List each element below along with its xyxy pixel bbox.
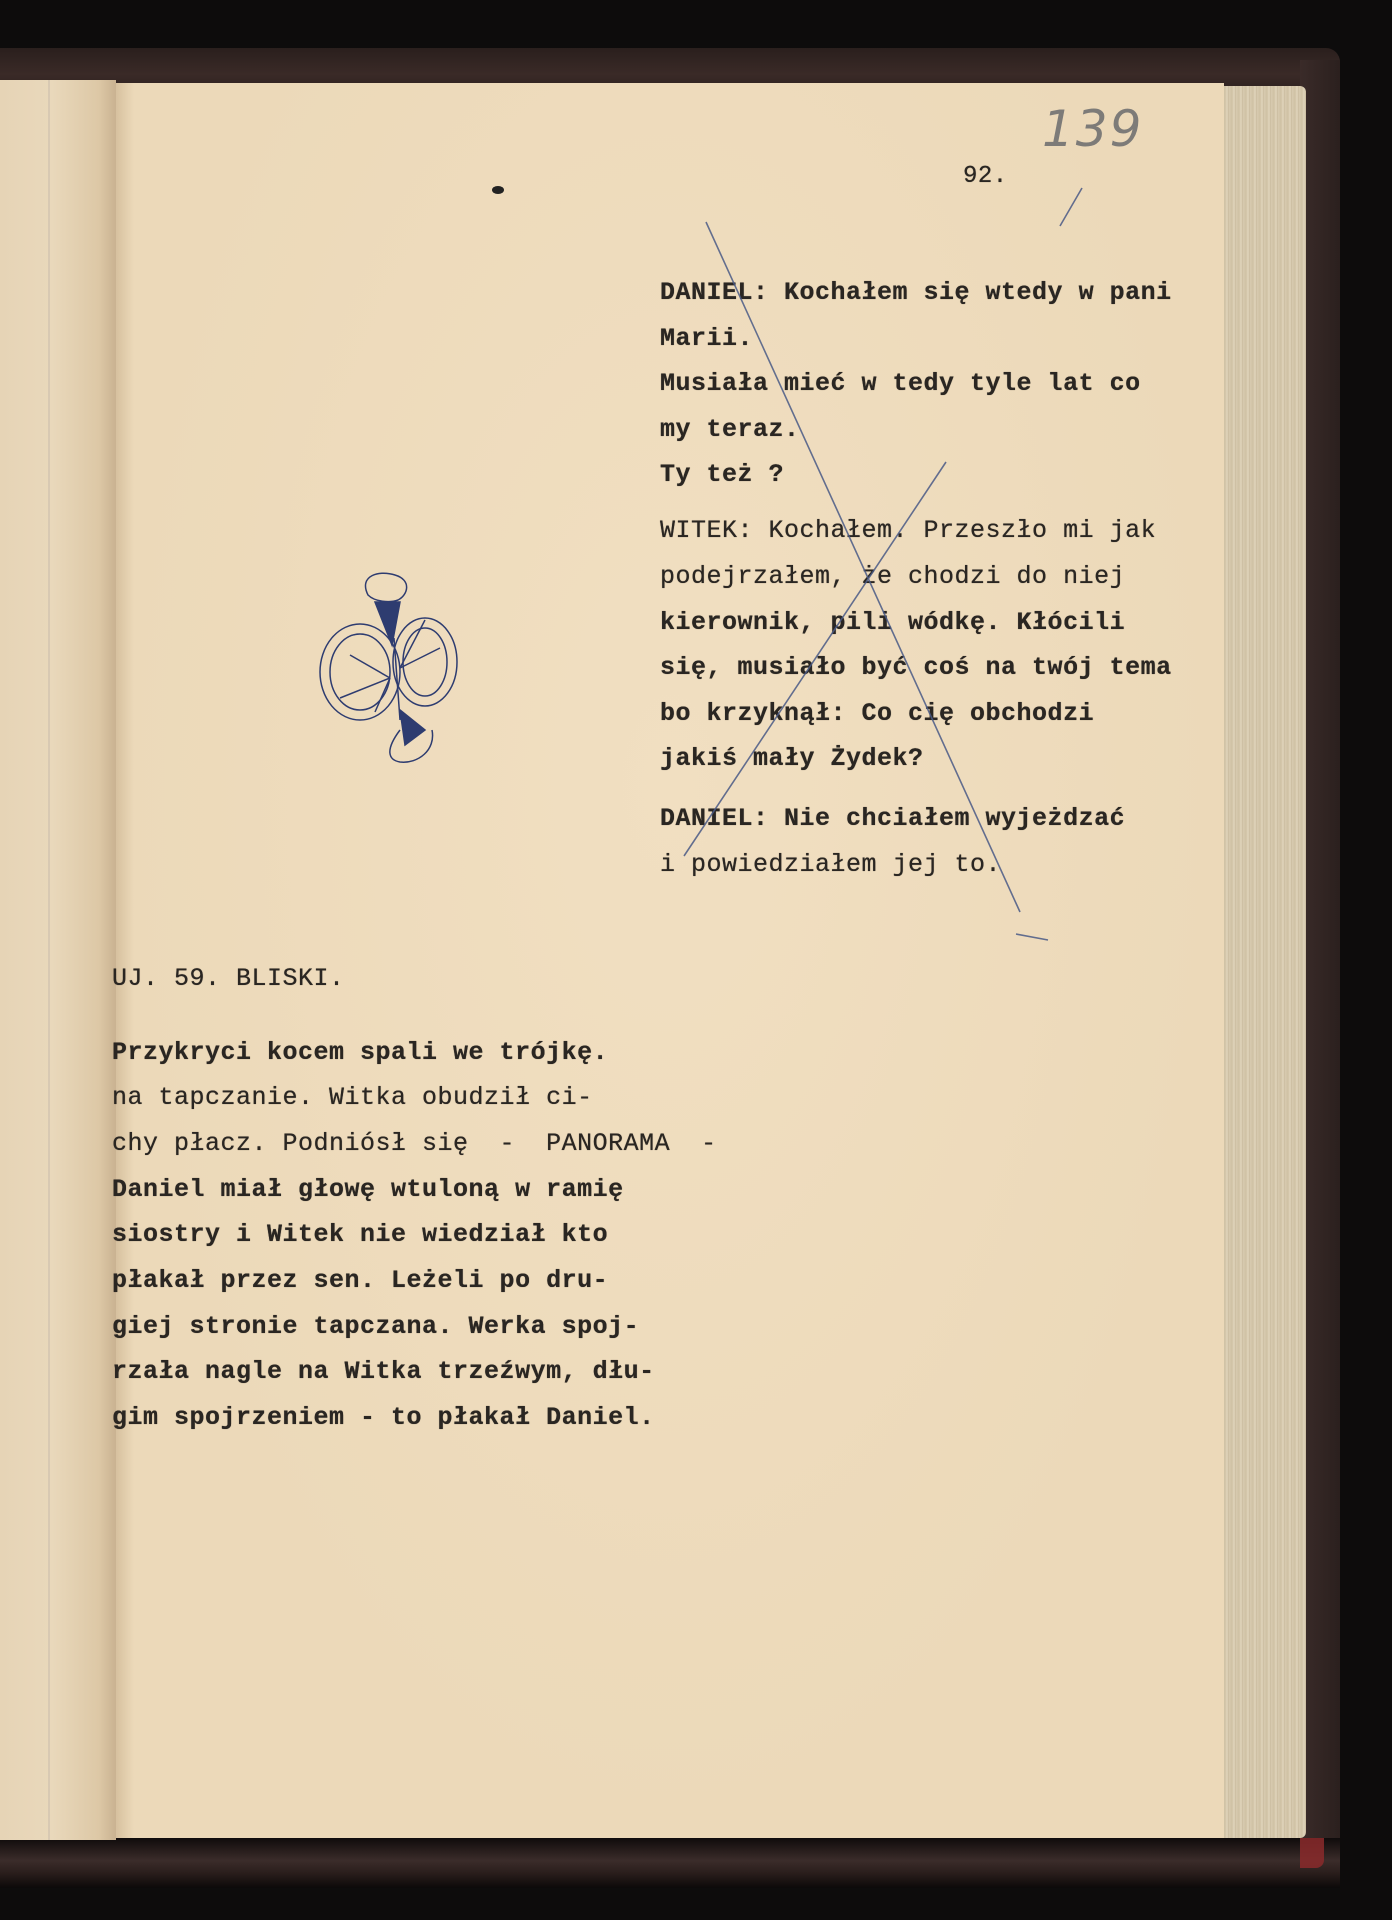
crossout-x-icon bbox=[684, 188, 1082, 940]
pen-annotations bbox=[0, 0, 1392, 1920]
flower-doodle-icon bbox=[320, 573, 457, 762]
